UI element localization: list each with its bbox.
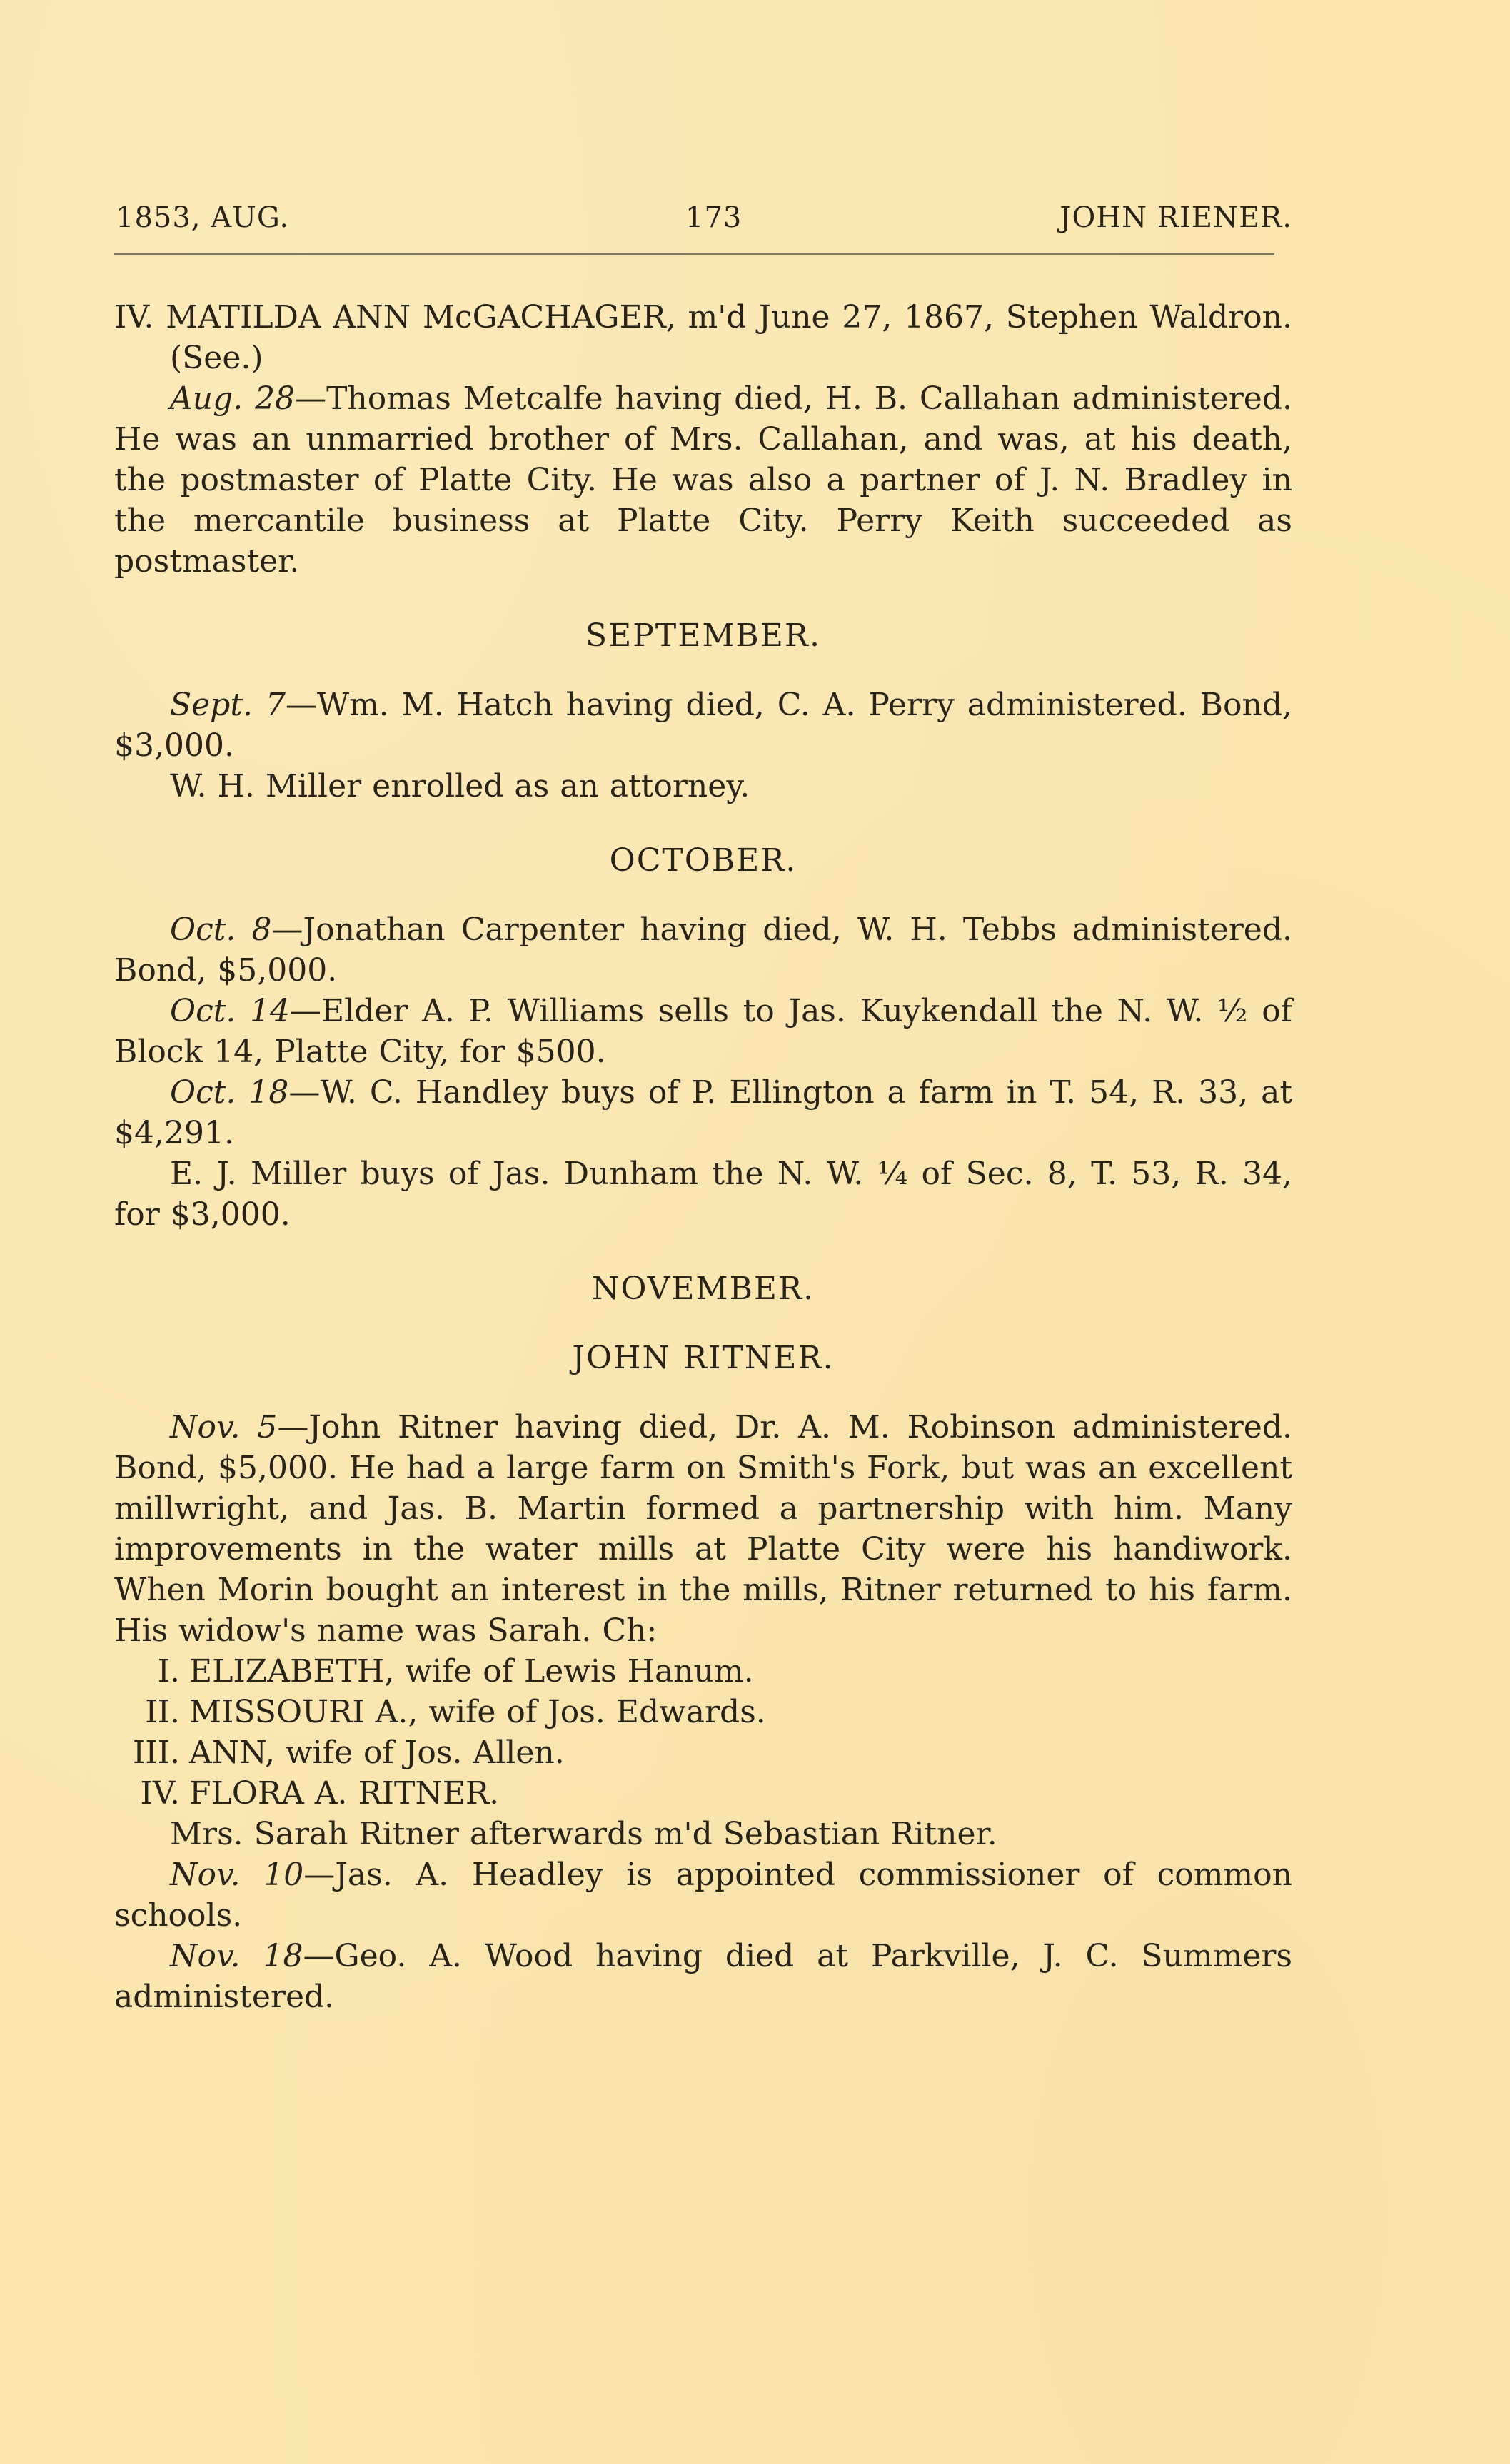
entry-nov-10: Nov. 10—Jas. A. Headley is appointed com… xyxy=(114,1854,1292,1936)
entry-miller-attorney: W. H. Miller enrolled as an attorney. xyxy=(114,766,1292,807)
section-heading-november: NOVEMBER. xyxy=(114,1268,1292,1309)
header-rule-divider xyxy=(114,253,1274,255)
entry-date: Sept. 7 xyxy=(170,687,286,723)
section-heading-october: OCTOBER. xyxy=(114,840,1292,881)
entry-ej-miller: E. J. Miller buys of Jas. Dunham the N. … xyxy=(114,1153,1292,1235)
page-body: IV. MATILDA ANN McGACHAGER, m'd June 27,… xyxy=(114,297,1292,2017)
entry-date: Nov. 5 xyxy=(170,1409,277,1445)
child-text: MISSOURI A., wife of Jos. Edwards. xyxy=(189,1694,766,1730)
child-text: ANN, wife of Jos. Allen. xyxy=(189,1735,565,1771)
child-list-item: I.ELIZABETH, wife of Lewis Hanum. xyxy=(114,1651,1292,1692)
entry-numeral: IV. xyxy=(114,299,153,335)
entry-text: —Wm. M. Hatch having died, C. A. Perry a… xyxy=(114,687,1292,764)
entry-text: —Jonathan Carpenter having died, W. H. T… xyxy=(114,912,1292,989)
entry-date: Nov. 18 xyxy=(170,1938,303,1974)
child-list-item: IV.FLORA A. RITNER. xyxy=(114,1773,1292,1814)
entry-date: Oct. 8 xyxy=(170,912,271,948)
page-number: 173 xyxy=(685,201,742,234)
entry-text: —Elder A. P. Williams sells to Jas. Kuyk… xyxy=(114,993,1292,1070)
entry-date: Nov. 10 xyxy=(170,1857,303,1893)
running-head-title: JOHN RIENER. xyxy=(1059,201,1292,234)
child-numeral: IV. xyxy=(114,1773,180,1814)
child-list-item: II.MISSOURI A., wife of Jos. Edwards. xyxy=(114,1692,1292,1732)
section-heading-september: SEPTEMBER. xyxy=(114,615,1292,656)
entry-nov-5: Nov. 5—John Ritner having died, Dr. A. M… xyxy=(114,1407,1292,1651)
entry-sept-7: Sept. 7—Wm. M. Hatch having died, C. A. … xyxy=(114,685,1292,766)
entry-oct-8: Oct. 8—Jonathan Carpenter having died, W… xyxy=(114,909,1292,991)
running-head: 1853, AUG. 173 JOHN RIENER. xyxy=(114,201,1292,237)
entry-text: MATILDA ANN McGACHAGER, m'd June 27, 186… xyxy=(166,299,1292,376)
entry-aug-28: Aug. 28—Thomas Metcalfe having died, H. … xyxy=(114,378,1292,582)
child-numeral: I. xyxy=(114,1651,180,1692)
entry-matilda: IV. MATILDA ANN McGACHAGER, m'd June 27,… xyxy=(114,297,1292,378)
child-numeral: II. xyxy=(114,1692,180,1732)
running-head-date: 1853, AUG. xyxy=(116,201,289,234)
entry-text: —W. C. Handley buys of P. Ellington a fa… xyxy=(114,1074,1292,1151)
entry-text: —John Ritner having died, Dr. A. M. Robi… xyxy=(114,1409,1292,1649)
entry-oct-18: Oct. 18—W. C. Handley buys of P. Ellingt… xyxy=(114,1072,1292,1153)
child-list-item: III.ANN, wife of Jos. Allen. xyxy=(114,1732,1292,1773)
entry-date: Aug. 28 xyxy=(170,380,295,417)
entry-date: Oct. 18 xyxy=(170,1074,288,1111)
entry-nov-18: Nov. 18—Geo. A. Wood having died at Park… xyxy=(114,1936,1292,2017)
entry-sarah-remarried: Mrs. Sarah Ritner afterwards m'd Sebasti… xyxy=(114,1814,1292,1854)
subheading-john-ritner: JOHN RITNER. xyxy=(114,1338,1292,1378)
child-numeral: III. xyxy=(114,1732,180,1773)
entry-oct-14: Oct. 14—Elder A. P. Williams sells to Ja… xyxy=(114,991,1292,1072)
entry-date: Oct. 14 xyxy=(170,993,290,1029)
child-text: FLORA A. RITNER. xyxy=(189,1775,499,1812)
child-text: ELIZABETH, wife of Lewis Hanum. xyxy=(189,1653,754,1690)
